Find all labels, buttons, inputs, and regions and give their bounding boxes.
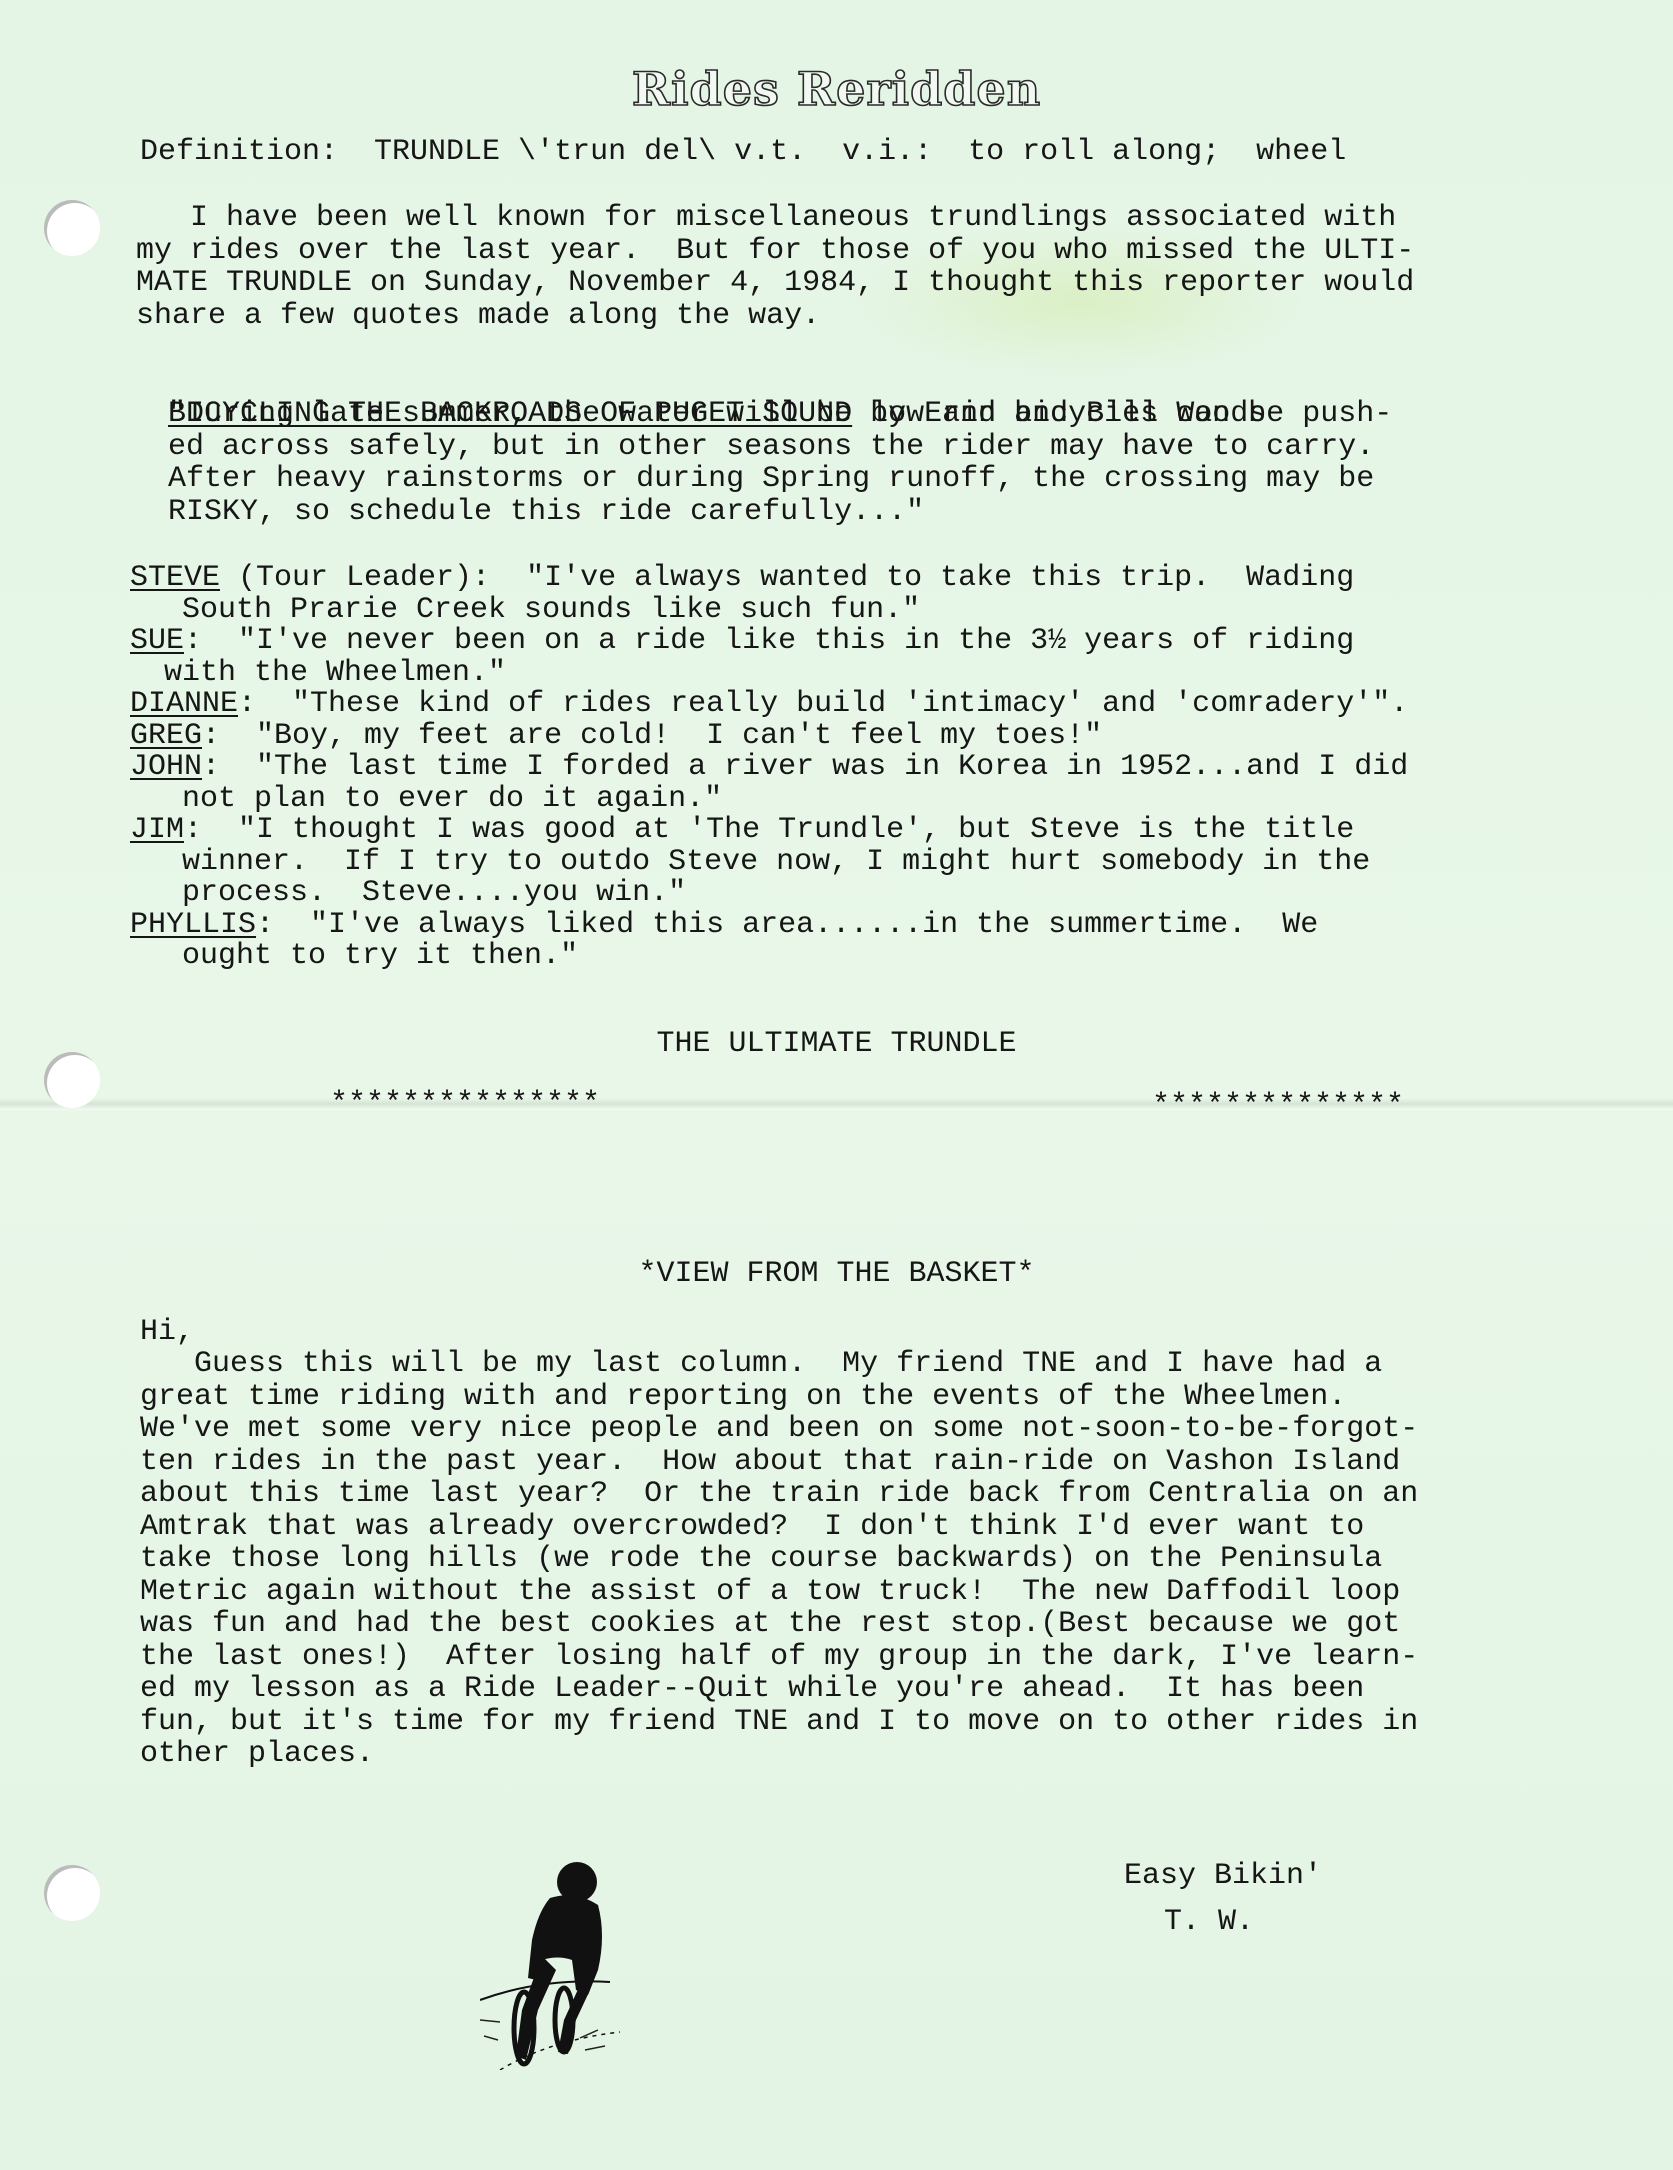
intro-line: share a few quotes made along the way. bbox=[136, 300, 820, 332]
definition: Definition: TRUNDLE \'trun del\ v.t. v.i… bbox=[140, 136, 1346, 168]
cyclist-silhouette-icon bbox=[480, 1860, 630, 2070]
closing-title: THE ULTIMATE TRUNDLE bbox=[0, 1028, 1673, 1060]
speaker-name: PHYLLIS bbox=[130, 908, 256, 942]
book-quote-line: ed across safely, but in other seasons t… bbox=[132, 431, 1374, 463]
signature: T. W. bbox=[1164, 1906, 1254, 1938]
stars-divider-left: *************** bbox=[330, 1088, 600, 1120]
quote-text: : "I thought I was good at 'The Trundle'… bbox=[184, 813, 1354, 847]
column-line: was fun and had the best cookies at the … bbox=[140, 1608, 1400, 1640]
column-line: the last ones!) After losing half of my … bbox=[140, 1641, 1418, 1673]
column-line: ten rides in the past year. How about th… bbox=[140, 1446, 1400, 1478]
speaker-name: STEVE bbox=[130, 561, 220, 595]
quote-text: : "Boy, my feet are cold! I can't feel m… bbox=[202, 719, 1102, 753]
column-line: fun, but it's time for my friend TNE and… bbox=[140, 1706, 1418, 1738]
intro-line: MATE TRUNDLE on Sunday, November 4, 1984… bbox=[136, 267, 1414, 299]
quote-text: : "I've never been on a ride like this i… bbox=[184, 624, 1354, 658]
page-title: Rides Reridden bbox=[0, 62, 1673, 116]
quote-item: DIANNE: "These kind of rides really buil… bbox=[130, 688, 1408, 720]
column-line: Guess this will be my last column. My fr… bbox=[140, 1348, 1382, 1380]
quote-continuation: South Prarie Creek sounds like such fun.… bbox=[146, 594, 920, 626]
quote-item: STEVE (Tour Leader): "I've always wanted… bbox=[130, 562, 1354, 594]
quote-item: PHYLLIS: "I've always liked this area...… bbox=[130, 909, 1318, 941]
quote-continuation: ought to try it then." bbox=[146, 940, 578, 972]
book-quote-line: After heavy rainstorms or during Spring … bbox=[132, 463, 1374, 495]
greeting: Hi, bbox=[140, 1316, 194, 1348]
column-line: other places. bbox=[140, 1738, 374, 1770]
speaker-name: DIANNE bbox=[130, 687, 238, 721]
quote-item: JIM: "I thought I was good at 'The Trund… bbox=[130, 814, 1354, 846]
quote-continuation: with the Wheelmen." bbox=[146, 657, 506, 689]
quote-text: : "The last time I forded a river was in… bbox=[202, 750, 1408, 784]
speaker-name: SUE bbox=[130, 624, 184, 658]
quote-text: : "These kind of rides really build 'int… bbox=[238, 687, 1408, 721]
column-line: ed my lesson as a Ride Leader--Quit whil… bbox=[140, 1673, 1364, 1705]
quote-text: : "I've always liked this area......in t… bbox=[256, 908, 1318, 942]
speaker-name: JIM bbox=[130, 813, 184, 847]
column-line: Metric again without the assist of a tow… bbox=[140, 1576, 1400, 1608]
punch-hole bbox=[44, 200, 100, 256]
quote-text: (Tour Leader): "I've always wanted to ta… bbox=[220, 561, 1354, 595]
book-quote-line: "During late summer, the water will be l… bbox=[132, 398, 1392, 430]
signoff: Easy Bikin' bbox=[1124, 1860, 1322, 1892]
speaker-name: GREG bbox=[130, 719, 202, 753]
quote-continuation: process. Steve....you win." bbox=[146, 877, 686, 909]
column-line: about this time last year? Or the train … bbox=[140, 1478, 1418, 1510]
punch-hole bbox=[44, 1865, 100, 1921]
quote-continuation: winner. If I try to outdo Steve now, I m… bbox=[146, 846, 1370, 878]
quote-continuation: not plan to ever do it again." bbox=[146, 783, 722, 815]
column-heading: *VIEW FROM THE BASKET* bbox=[0, 1258, 1673, 1290]
column-line: take those long hills (we rode the cours… bbox=[140, 1543, 1382, 1575]
quote-item: JOHN: "The last time I forded a river wa… bbox=[130, 751, 1408, 783]
column-line: great time riding with and reporting on … bbox=[140, 1381, 1346, 1413]
punch-hole bbox=[44, 1052, 100, 1108]
stars-divider-right: ************** bbox=[1152, 1090, 1404, 1122]
intro-line: my rides over the last year. But for tho… bbox=[136, 235, 1414, 267]
column-line: We've met some very nice people and been… bbox=[140, 1413, 1418, 1445]
book-quote-line: RISKY, so schedule this ride carefully..… bbox=[132, 496, 924, 528]
speaker-name: JOHN bbox=[130, 750, 202, 784]
column-line: Amtrak that was already overcrowded? I d… bbox=[140, 1511, 1364, 1543]
quote-item: GREG: "Boy, my feet are cold! I can't fe… bbox=[130, 720, 1102, 752]
quote-item: SUE: "I've never been on a ride like thi… bbox=[130, 625, 1354, 657]
paper-fold bbox=[0, 1098, 1673, 1110]
intro-line: I have been well known for miscellaneous… bbox=[136, 202, 1396, 234]
